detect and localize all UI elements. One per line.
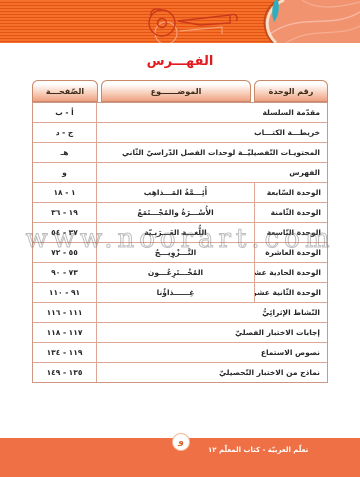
row-pages: ٥٥ - ٧٢	[33, 243, 97, 262]
table-row: المحتويـات التّفصيليّــة لوحدات الفصل ال…	[33, 142, 327, 162]
table-row: النّشاط الإثرائِيُّ ١١١ - ١١٦	[33, 302, 327, 322]
row-subject: غِــــــذاؤُنا	[97, 283, 254, 302]
page-title: الفهـــرس	[0, 54, 360, 69]
row-pages: ١٣٥ - ١٤٩	[33, 363, 97, 382]
row-unit: الوحدة العاشرة	[254, 243, 327, 262]
row-subject: أَئِـــمَّةُ المَـــذاهِب	[97, 183, 254, 202]
row-pages: ٩١ - ١١٠	[33, 283, 97, 302]
row-title: الفهرس	[97, 163, 327, 182]
row-pages: ١٩ - ٣٦	[33, 203, 97, 222]
table-row: الوحدة التّاسعة اللُّغـــة العَـــرَبِـي…	[33, 222, 327, 242]
row-title: نماذج من الاختبار التّحصيليّ	[97, 363, 327, 382]
row-title: خريطـــة الكتـــاب	[97, 123, 327, 142]
table-row: الوحدة الثّانية عشرة غِــــــذاؤُنا ٩١ -…	[33, 282, 327, 302]
table-row: مقدّمة السلسلة أ - ب	[33, 103, 327, 122]
row-unit: الوحدة الثّامنة	[254, 203, 327, 222]
row-unit: الوحدة الثّانية عشرة	[254, 283, 327, 302]
table-row: الوحدة السّابعة أَئِـــمَّةُ المَـــذاهِ…	[33, 182, 327, 202]
row-unit: الوحدة السّابعة	[254, 183, 327, 202]
toc-body: مقدّمة السلسلة أ - ب خريطـــة الكتـــاب …	[32, 102, 328, 383]
row-unit: الوحدة التّاسعة	[254, 223, 327, 242]
row-pages: ١ - ١٨	[33, 183, 97, 202]
row-unit: الوحدة الحادية عشرة	[254, 263, 327, 282]
header-banner	[0, 0, 360, 43]
toc-header-row: رقم الوحدة الموضــــــوع الصّفحـــة	[32, 80, 328, 102]
swoosh-decoration	[242, 0, 360, 43]
table-row: الفهرس و	[33, 162, 327, 182]
table-row: نماذج من الاختبار التّحصيليّ ١٣٥ - ١٤٩	[33, 362, 327, 382]
row-pages: هـ	[33, 143, 97, 162]
table-row: الوحدة العاشرة التَّـــزْوِيـــجُ ٥٥ - ٧…	[33, 242, 327, 262]
row-pages: أ - ب	[33, 103, 97, 122]
row-subject: اللُّغـــة العَـــرَبِـيّة	[97, 223, 254, 242]
row-pages: ٣٧ - ٥٤	[33, 223, 97, 242]
page-number-badge: و	[172, 433, 190, 451]
row-title: مقدّمة السلسلة	[97, 103, 327, 122]
table-row: نصوص الاستماع ١١٩ - ١٣٤	[33, 342, 327, 362]
row-title: النّشاط الإثرائِيُّ	[97, 303, 327, 322]
row-title: نصوص الاستماع	[97, 343, 327, 362]
row-pages: و	[33, 163, 97, 182]
header-unit-number: رقم الوحدة	[254, 80, 328, 102]
calligraphy-logo-icon	[140, 1, 252, 43]
footer-book-title: تعلّم العربيّة - كتاب المعلّم ١٢	[188, 446, 360, 454]
table-row: خريطـــة الكتـــاب ج - د	[33, 122, 327, 142]
row-pages: ١١١ - ١١٦	[33, 303, 97, 322]
row-subject: التَّـــزْوِيـــجُ	[97, 243, 254, 262]
row-title: المحتويـات التّفصيليّــة لوحدات الفصل ال…	[97, 143, 327, 162]
row-subject: الأُسْـــرَةُ والمُجْـــتَمَعُ	[97, 203, 254, 222]
row-pages: ١١٧ - ١١٨	[33, 323, 97, 342]
toc-page: الفهـــرس رقم الوحدة الموضــــــوع الصّف…	[0, 0, 360, 477]
row-pages: ج - د	[33, 123, 97, 142]
row-pages: ٧٣ - ٩٠	[33, 263, 97, 282]
table-row: الوحدة الحادية عشرة المُخْـــتَرِعُـــون…	[33, 262, 327, 282]
row-pages: ١١٩ - ١٣٤	[33, 343, 97, 362]
row-title: إجابات الاختبار الفصليّ	[97, 323, 327, 342]
row-subject: المُخْـــتَرِعُـــون	[97, 263, 254, 282]
header-page: الصّفحـــة	[32, 80, 98, 102]
header-subject: الموضــــــوع	[101, 80, 251, 102]
table-row: إجابات الاختبار الفصليّ ١١٧ - ١١٨	[33, 322, 327, 342]
toc-table: رقم الوحدة الموضــــــوع الصّفحـــة مقدّ…	[32, 80, 328, 383]
table-row: الوحدة الثّامنة الأُسْـــرَةُ والمُجْـــ…	[33, 202, 327, 222]
